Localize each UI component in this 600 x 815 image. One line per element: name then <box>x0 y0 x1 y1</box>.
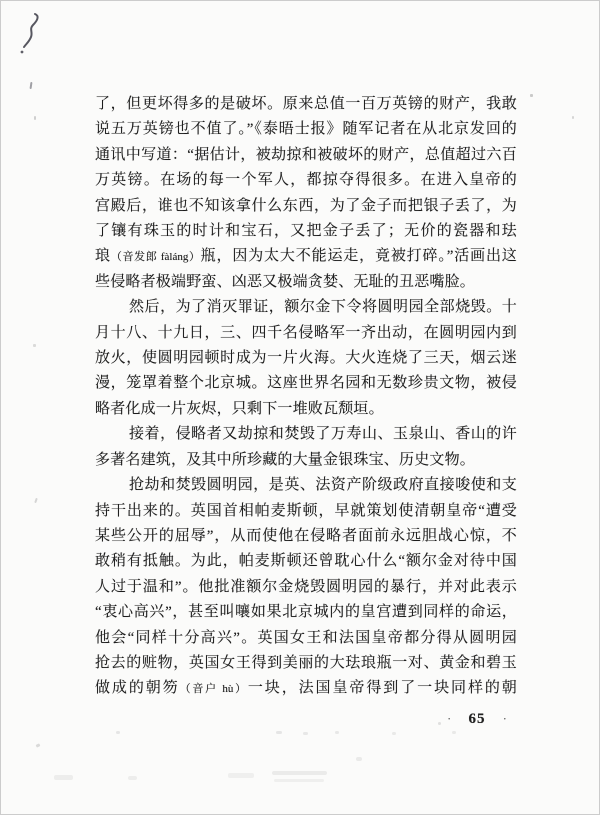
text-line: “衷心高兴”，甚至叫嚷如果北京城内的皇宫遭到同样的命运， <box>95 600 517 625</box>
text-line: 琅（音发郎 fàláng）瓶，因为太大不能运走，竟被打碎。”活画出这 <box>95 244 517 269</box>
pen-squiggle-mark <box>18 11 44 57</box>
text-line: 然后，为了消灭罪证，额尔金下令将圆明园全部烧毁。十 <box>95 295 517 320</box>
book-page: 了，但更坏得多的是破坏。原来总值一百万英镑的财产，我敢 说五万英镑也不值了。”《… <box>0 0 600 815</box>
scan-speck <box>34 116 36 120</box>
scan-smudge <box>276 731 282 734</box>
text-line: 某些公开的屈辱”，从而使他在侵略者面前永远胆战心惊，不 <box>95 524 517 549</box>
scan-smudge <box>228 773 254 778</box>
scan-speck <box>33 344 36 347</box>
text-line: 敢稍有抵触。为此，帕麦斯顿还曾耽心什么“额尔金对待中国 <box>95 549 517 574</box>
page-number-value: 65 <box>469 711 486 728</box>
scan-smudge <box>54 775 73 780</box>
text-line: 月十八、十九日，三、四千名侵略军一齐出动，在圆明园内到处 <box>95 321 517 346</box>
text-segment: 琅 <box>95 248 111 264</box>
scan-speck <box>36 743 41 747</box>
text-line: 他会“同样十分高兴”。英国女王和法国皇帝都分得从圆明园 <box>95 626 517 651</box>
scan-smudge <box>356 757 362 761</box>
text-segment: 做成的朝笏 <box>95 680 180 696</box>
text-line: 多著名建筑，及其中所珍藏的大量金银珠宝、历史文物。 <box>95 448 517 473</box>
scan-smudge <box>303 732 308 735</box>
scan-smudge <box>272 771 327 775</box>
footer-dot: · <box>447 711 451 727</box>
text-line: 了，但更坏得多的是破坏。原来总值一百万英镑的财产，我敢 <box>95 92 517 117</box>
text-line: 漫，笼罩着整个北京城。这座世界名园和无数珍贵文物，被侵 <box>95 371 517 396</box>
scan-smudge <box>392 732 396 735</box>
scan-speck <box>572 116 574 119</box>
footer-dot: · <box>503 711 507 727</box>
scan-smudge <box>116 731 120 734</box>
pen-tick-mark <box>30 82 33 89</box>
text-line: 略者化成一片灰烬，只剩下一堆败瓦颓垣。 <box>95 397 517 422</box>
text-line: 人过于温和”。他批准额尔金烧毁圆明园的暴行，并对此表示 <box>95 575 517 600</box>
text-line: 说五万英镑也不值了。”《泰晤士报》随军记者在从北京发回的 <box>95 117 517 142</box>
scan-smudge <box>452 731 456 734</box>
text-line: 宫殿后，谁也不知该拿什么东西，为了金子而把银子丢了，为 <box>95 194 517 219</box>
text-line: 万英镑。在场的每一个军人，都掠夺得很多。在进入皇帝的 <box>95 168 517 193</box>
text-line: 放火，使圆明园顿时成为一片火海。大火连烧了三天，烟云迷 <box>95 346 517 371</box>
scan-smudge <box>335 731 339 734</box>
page-number: · 65 · <box>447 710 507 728</box>
text-line: 抢劫和焚毁圆明园，是英、法资产阶级政府直接唆使和支 <box>95 473 517 498</box>
text-line: 接着，侵略者又劫掠和焚毁了万寿山、玉泉山、香山的许 <box>95 422 517 447</box>
text-line: 做成的朝笏（音户 hù）一块，法国皇帝得到了一块同样的朝 <box>95 676 517 701</box>
scan-smudge <box>274 779 324 782</box>
scan-speck <box>530 94 533 97</box>
text-line: 持干出来的。英国首相帕麦斯顿，早就策划使清朝皇帝“遭受 <box>95 499 517 524</box>
text-segment: 一块，法国皇帝得到了一块同样的朝 <box>248 680 517 696</box>
text-line: 通讯中写道：“据估计，被劫掠和被破坏的财产，总值超过六百 <box>95 143 517 168</box>
scan-smudge <box>128 776 137 780</box>
text-line: 了镶有珠玉的时计和宝石，又把金子丢了；无价的瓷器和珐 <box>95 219 517 244</box>
page-text: 了，但更坏得多的是破坏。原来总值一百万英镑的财产，我敢 说五万英镑也不值了。”《… <box>95 92 517 702</box>
scan-speck <box>34 498 38 503</box>
text-segment: 瓶，因为太大不能运走，竟被打碎。”活画出这 <box>201 248 517 264</box>
scan-smudge <box>438 722 441 725</box>
text-line: 些侵略者极端野蛮、凶恶又极端贪婪、无耻的丑恶嘴脸。 <box>95 270 517 295</box>
pronunciation-note: （音户 hù） <box>180 683 248 695</box>
text-line: 抢去的赃物，英国女王得到美丽的大珐琅瓶一对、黄金和碧玉 <box>95 651 517 676</box>
pronunciation-note: （音发郎 fàláng） <box>111 251 201 263</box>
